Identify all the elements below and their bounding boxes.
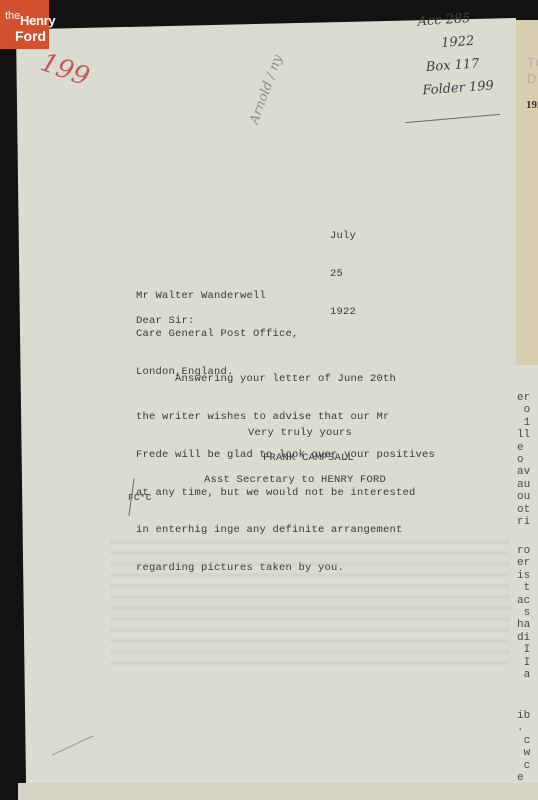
underlying-text-fragments-bottom: ib . c w c e [517,710,530,784]
letter-date: July 25 1922 [330,205,356,331]
header-fragment-line: DR [527,71,538,87]
recipient-name: Mr Walter Wanderwell [136,290,299,303]
date-year: 1922 [330,306,356,319]
logo-ford: Ford [15,28,46,44]
complimentary-close: Very truly yours [248,427,352,440]
recipient-line: Care General Post Office, [136,328,299,341]
show-through-text [110,540,510,670]
body-line: the writer wishes to advise that our Mr [136,411,435,424]
signer-name: FRANK CAMPSALL [263,452,354,465]
underlying-year-fragment: 192 [526,99,538,111]
underlying-text-fragments-mid: ro er is t ac s ha di I I a [517,545,530,681]
henry-ford-logo: the Henry Ford [0,0,49,49]
underlying-header-fragment: TO DR [527,55,538,87]
date-month: July [330,230,356,243]
header-fragment-line: TO [527,55,538,71]
logo-the: the [5,10,20,22]
body-line: in enterhig inge any definite arrangemen… [136,524,435,537]
date-day: 25 [330,268,356,281]
body-line: at any time, but we would not be interes… [136,487,435,500]
logo-henry: Henry [20,13,55,28]
underlying-text-fragments-top: er o 1 ll e o av au ou ot ri [517,392,530,528]
salutation: Dear Sir: [136,315,195,328]
body-line: Answering your letter of June 20th [136,373,435,386]
accession-annotation: Acc 285 1922 Box 117 Folder 199 [417,6,495,103]
page-bottom-edge [18,783,538,800]
signer-title: Asst Secretary to HENRY FORD [204,474,386,487]
